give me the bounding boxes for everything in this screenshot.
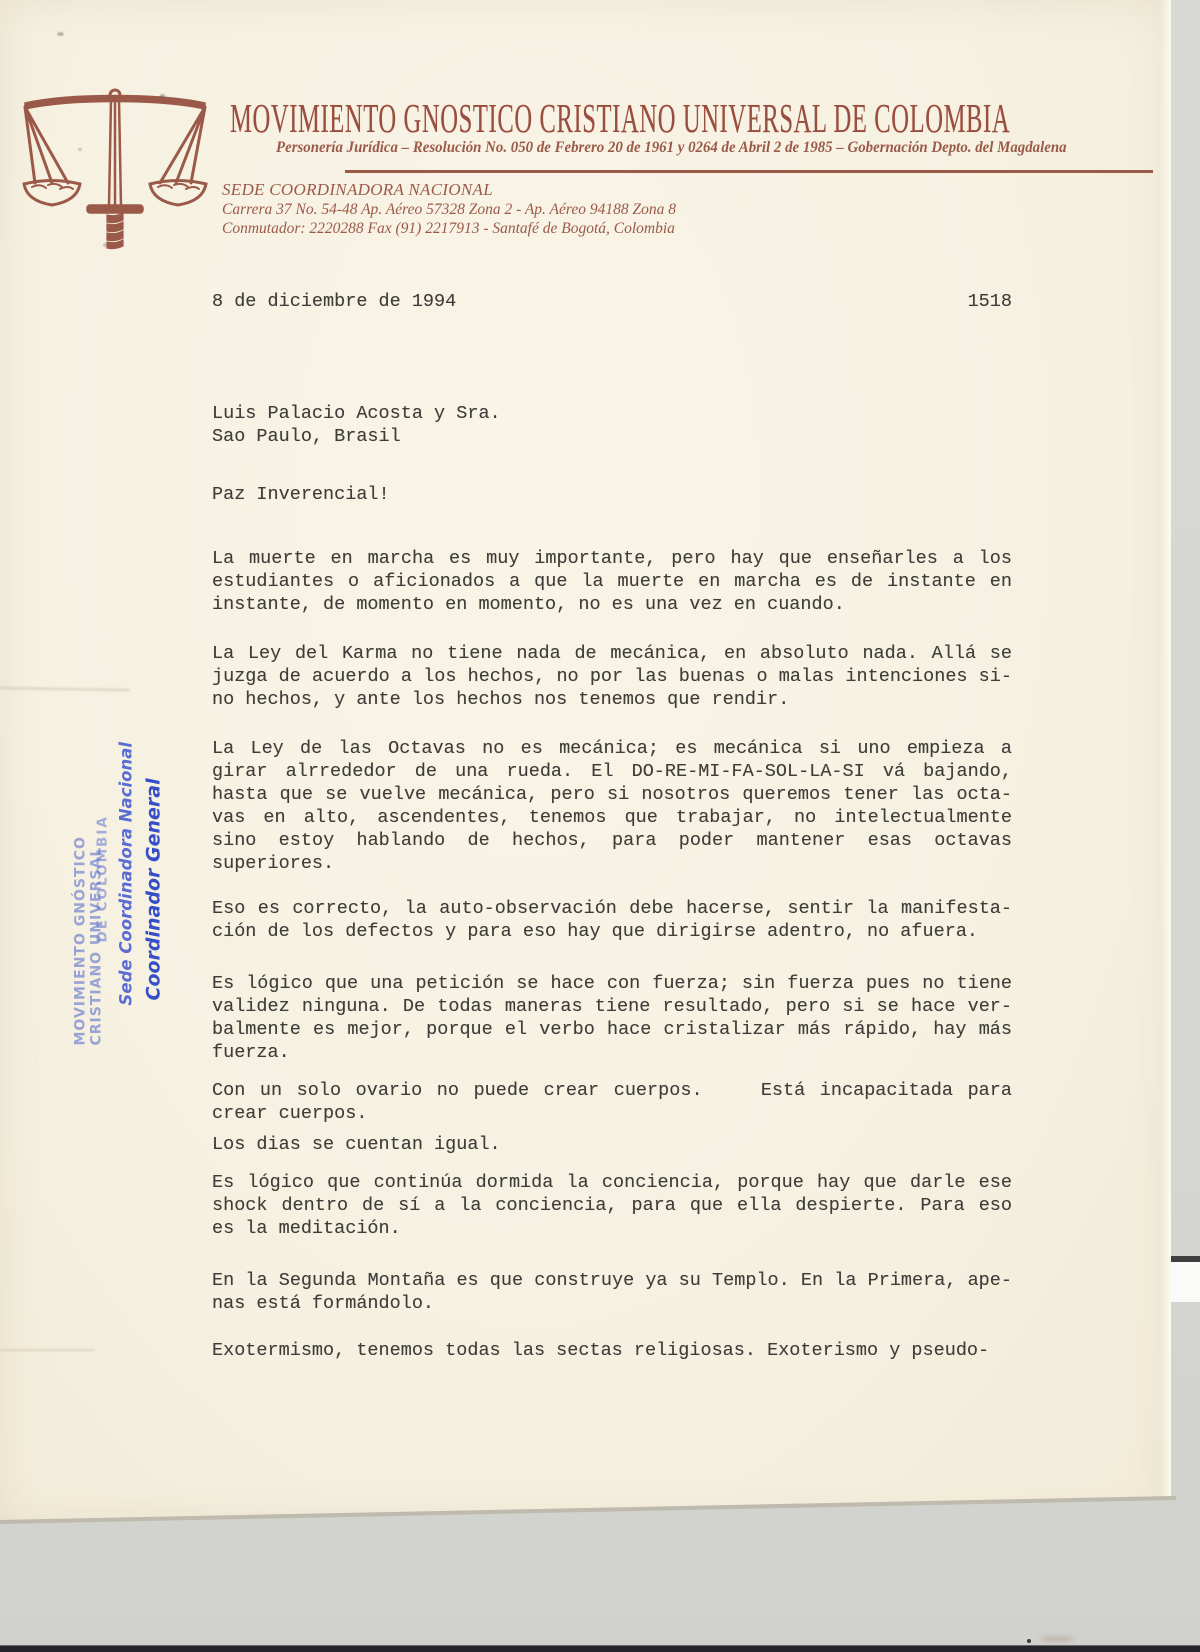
paragraph-line: hasta que se vuelve mecánica, pero si no… bbox=[212, 783, 1012, 806]
paragraph-line: Exotermismo, tenemos todas las sectas re… bbox=[212, 1339, 1012, 1362]
paragraph: La muerte en marcha es muy importante, p… bbox=[212, 547, 1012, 616]
letter-content: 8 de diciembre de 1994 1518 Luis Palacio… bbox=[212, 0, 1012, 1500]
paragraph: La Ley de las Octavas no es mecánica; es… bbox=[212, 737, 1012, 875]
paragraph: En la Segunda Montaña es que construye y… bbox=[212, 1269, 1012, 1315]
date-row: 8 de diciembre de 1994 1518 bbox=[212, 290, 1012, 313]
paragraph-line: shock dentro de sí a la conciencia, para… bbox=[212, 1194, 1012, 1217]
letter-body: La muerte en marcha es muy importante, p… bbox=[212, 547, 1012, 1388]
recipient-block: Luis Palacio Acosta y Sra. Sao Paulo, Br… bbox=[212, 402, 501, 448]
paragraph: Los dias se cuentan igual. bbox=[212, 1133, 1012, 1156]
scanner-speck bbox=[1027, 1639, 1031, 1643]
paragraph-line: no hechos, y ante los hechos nos tenemos… bbox=[212, 688, 1012, 711]
paragraph-line: girar alrrededor de una rueda. El DO-RE-… bbox=[212, 760, 1012, 783]
paragraph-line: En la Segunda Montaña es que construye y… bbox=[212, 1269, 1012, 1292]
paragraph-line: La muerte en marcha es muy importante, p… bbox=[212, 547, 1012, 570]
paragraph-line: validez ninguna. De todas maneras tiene … bbox=[212, 995, 1012, 1018]
stamp-org-name: MOVIMIENTO GNÓSTICO CRISTIANO UNIVERSAL bbox=[73, 741, 93, 1046]
salutation: Paz Inverencial! bbox=[212, 483, 390, 506]
paragraph-line: Es lógico que continúa dormida la concie… bbox=[212, 1171, 1012, 1194]
paragraph: Con un solo ovario no puede crear cuerpo… bbox=[212, 1079, 1012, 1125]
paragraph-line: nas está formándolo. bbox=[212, 1292, 1012, 1315]
paragraph-line: Eso es correcto, la auto-observación deb… bbox=[212, 897, 1012, 920]
paper-speck bbox=[57, 32, 64, 36]
paragraph-line: superiores. bbox=[212, 852, 1012, 875]
paragraph-line: balmente es mejor, porque el verbo hace … bbox=[212, 1018, 1012, 1041]
paragraph-line: instante, de momento en momento, no es u… bbox=[212, 593, 1012, 616]
paper-crease bbox=[0, 1349, 95, 1351]
paper-sheet: MOVIMIENTO GNOSTICO CRISTIANO UNIVERSAL … bbox=[0, 0, 1171, 1522]
scanner-edge-white-patch bbox=[1171, 1262, 1200, 1302]
paper-speck bbox=[103, 243, 107, 247]
paper-crease bbox=[0, 687, 130, 691]
letter-number: 1518 bbox=[968, 290, 1012, 313]
paragraph-line: fuerza. bbox=[212, 1041, 1012, 1064]
scanner-smudge bbox=[1040, 1636, 1074, 1642]
paragraph: Exotermismo, tenemos todas las sectas re… bbox=[212, 1339, 1012, 1362]
recipient-city: Sao Paulo, Brasil bbox=[212, 425, 501, 448]
paragraph-line: es la meditación. bbox=[212, 1217, 1012, 1240]
stamp-office: Sede Coordinadora Nacional bbox=[117, 741, 135, 1006]
scanned-letter-page: MOVIMIENTO GNOSTICO CRISTIANO UNIVERSAL … bbox=[0, 0, 1200, 1652]
paragraph: Eso es correcto, la auto-observación deb… bbox=[212, 897, 1012, 943]
paragraph-line: Con un solo ovario no puede crear cuerpo… bbox=[212, 1079, 1012, 1102]
paragraph-line: Es lógico que una petición se hace con f… bbox=[212, 972, 1012, 995]
paragraph: Es lógico que continúa dormida la concie… bbox=[212, 1171, 1012, 1240]
paragraph: La Ley del Karma no tiene nada de mecáni… bbox=[212, 642, 1012, 711]
recipient-name: Luis Palacio Acosta y Sra. bbox=[212, 402, 501, 425]
letter-date: 8 de diciembre de 1994 bbox=[212, 290, 456, 313]
stamp-role: Coordinador General bbox=[143, 741, 167, 1001]
paragraph-line: La Ley de las Octavas no es mecánica; es… bbox=[212, 737, 1012, 760]
paragraph-line: vas en alto, ascendentes, tenemos que tr… bbox=[212, 806, 1012, 829]
paragraph-line: La Ley del Karma no tiene nada de mecáni… bbox=[212, 642, 1012, 665]
paragraph-line: Los dias se cuentan igual. bbox=[212, 1133, 1012, 1156]
balance-scale-icon bbox=[10, 86, 235, 256]
rubber-stamp: MOVIMIENTO GNÓSTICO CRISTIANO UNIVERSAL … bbox=[73, 741, 178, 1051]
paragraph-line: juzga de acuerdo a los hechos, no por la… bbox=[212, 665, 1012, 688]
stamp-org-country: DE COLOMBIA bbox=[95, 741, 110, 943]
paragraph-line: crear cuerpos. bbox=[212, 1102, 1012, 1125]
paper-speck bbox=[160, 94, 165, 98]
paragraph: Es lógico que una petición se hace con f… bbox=[212, 972, 1012, 1064]
scanner-bottom-bar bbox=[0, 1645, 1200, 1652]
paragraph-line: estudiantes o aficionados a que la muert… bbox=[212, 570, 1012, 593]
paper-edge-highlight bbox=[1160, 0, 1171, 1510]
paper-speck bbox=[78, 148, 82, 151]
paragraph-line: ción de los defectos y para eso hay que … bbox=[212, 920, 1012, 943]
paragraph-line: sino estoy hablando de hechos, para pode… bbox=[212, 829, 1012, 852]
